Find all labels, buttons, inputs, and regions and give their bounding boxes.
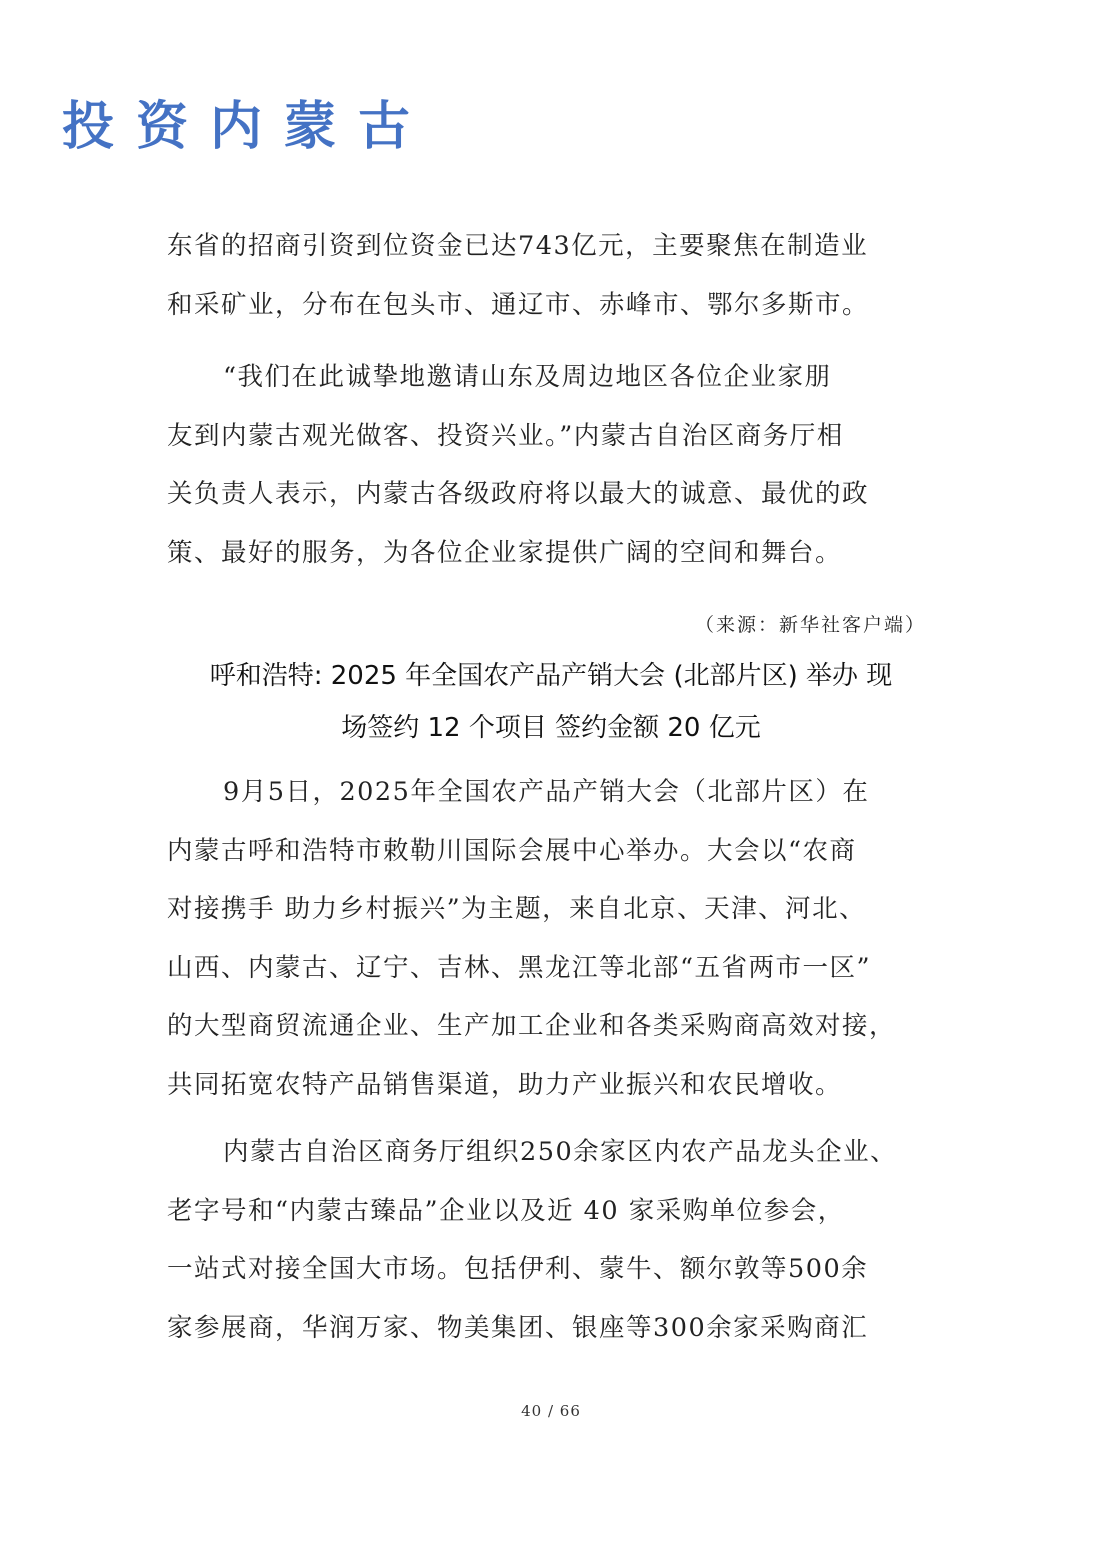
headline-line: 呼和浩特: 2025 年全国农产品产销大会 (北部片区) 举办 现 <box>160 650 942 702</box>
headline-line: 场签约 12 个项目 签约金额 20 亿元 <box>160 702 942 754</box>
section-header-title: 投资内蒙古 <box>62 92 432 162</box>
article1-source: （来源：新华社客户端） <box>695 610 926 637</box>
text-line: 友到内蒙古观光做客、投资兴业。”内蒙古自治区商务厅相 <box>167 407 947 466</box>
text-line: 关负责人表示，内蒙古各级政府将以最大的诚意、最优的政 <box>167 465 947 524</box>
text-line: 和采矿业，分布在包头市、通辽市、赤峰市、鄂尔多斯市。 <box>167 276 947 335</box>
text-line: 东省的招商引资到位资金已达743亿元，主要聚焦在制造业 <box>167 217 947 276</box>
text-line: 内蒙古呼和浩特市敕勒川国际会展中心举办。大会以“农商 <box>167 822 947 881</box>
text-line: 家参展商，华润万家、物美集团、银座等300余家采购商汇 <box>167 1299 947 1358</box>
article2-paragraph-2: 内蒙古自治区商务厅组织250余家区内农产品龙头企业、 老字号和“内蒙古臻品”企业… <box>167 1123 947 1357</box>
text-line: 一站式对接全国大市场。包括伊利、蒙牛、额尔敦等500余 <box>167 1240 947 1299</box>
text-line: 山西、内蒙古、辽宁、吉林、黑龙江等北部“五省两市一区” <box>167 939 947 998</box>
text-line: 共同拓宽农特产品销售渠道，助力产业振兴和农民增收。 <box>167 1056 947 1115</box>
text-line: 内蒙古自治区商务厅组织250余家区内农产品龙头企业、 <box>167 1123 947 1182</box>
text-line: 9月5日，2025年全国农产品产销大会（北部片区）在 <box>167 763 947 822</box>
text-line: 老字号和“内蒙古臻品”企业以及近 40 家采购单位参会， <box>167 1182 947 1241</box>
article2-headline: 呼和浩特: 2025 年全国农产品产销大会 (北部片区) 举办 现 场签约 12… <box>160 650 942 754</box>
page-number: 40 / 66 <box>0 1402 1102 1420</box>
text-line: “我们在此诚挚地邀请山东及周边地区各位企业家朋 <box>167 348 947 407</box>
text-line: 对接携手 助力乡村振兴”为主题，来自北京、天津、河北、 <box>167 880 947 939</box>
article1-paragraph-1: 东省的招商引资到位资金已达743亿元，主要聚焦在制造业 和采矿业，分布在包头市、… <box>167 217 947 334</box>
article2-paragraph-1: 9月5日，2025年全国农产品产销大会（北部片区）在 内蒙古呼和浩特市敕勒川国际… <box>167 763 947 1114</box>
article1-paragraph-2: “我们在此诚挚地邀请山东及周边地区各位企业家朋 友到内蒙古观光做客、投资兴业。”… <box>167 348 947 582</box>
text-line: 的大型商贸流通企业、生产加工企业和各类采购商高效对接， <box>167 997 947 1056</box>
text-line: 策、最好的服务，为各位企业家提供广阔的空间和舞台。 <box>167 524 947 583</box>
